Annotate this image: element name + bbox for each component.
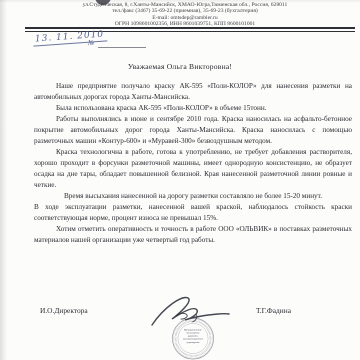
paragraph: Краска технологична в работе, готова к у…: [34, 147, 352, 191]
paragraph: Хотим отметить оперативность и точность …: [34, 224, 352, 246]
letter-body: Наше предприятие получало краску АК-595 …: [34, 81, 352, 246]
handwritten-signature: [138, 291, 233, 333]
paragraph: Работы выполнялись в июне и сентябре 201…: [34, 114, 352, 147]
salutation: Уважаемая Ольга Викторовна!: [0, 62, 360, 71]
stamp-center-line: дорожно-: [188, 336, 199, 338]
document-number-label: №: [88, 39, 94, 47]
stamp-center-line: эксплуатационное: [183, 339, 204, 341]
paragraph: Наше предприятие получало краску АК-595 …: [34, 81, 352, 103]
paragraph: Время высыхания нанесенной на дорогу раз…: [34, 191, 352, 202]
stamp-center-line: учреждение: [186, 342, 200, 344]
signer-title: И.О.Директора: [40, 306, 88, 315]
signer-name: Т.Г.Фадина: [256, 306, 291, 315]
paragraph: Была использована краска АК-595 «Поли-КО…: [34, 103, 352, 114]
scanned-letter-page: ул.Студенческая, 8, г.Ханты-Мансийск, ХМ…: [0, 0, 360, 360]
letterhead: ул.Студенческая, 8, г.Ханты-Мансийск, ХМ…: [20, 2, 350, 28]
document-number-blank: [98, 38, 146, 48]
paragraph: В ходе эксплуатации разметки, нанесенной…: [34, 202, 352, 224]
